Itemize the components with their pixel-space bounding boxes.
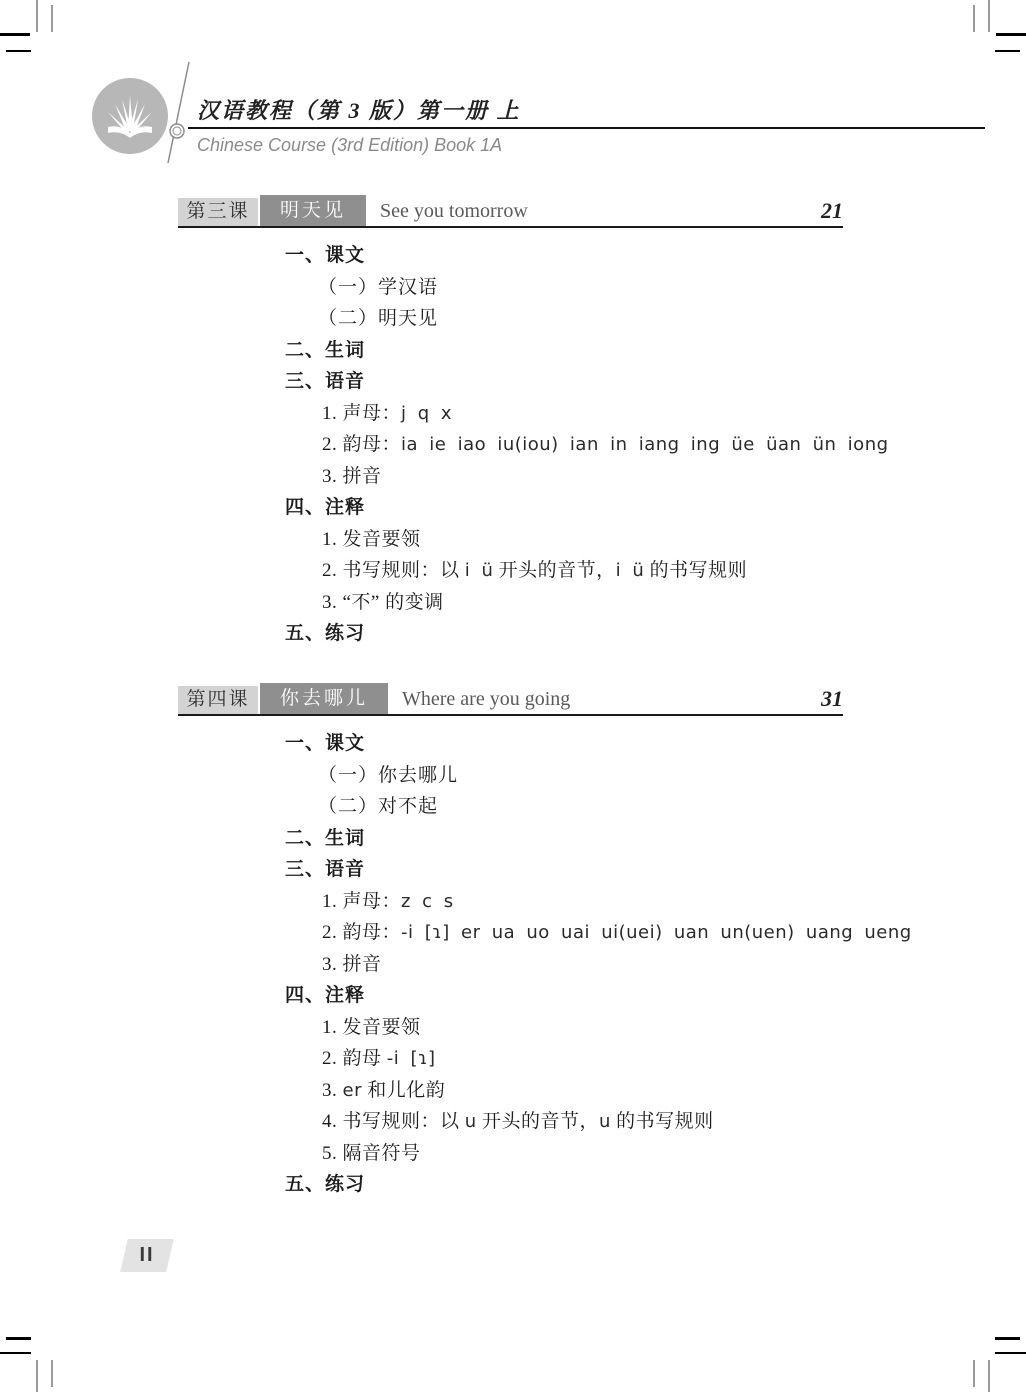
- lesson-3-section: 第三课 明天见 See you tomorrow 21 一、课文（一）学汉语（二…: [178, 193, 843, 650]
- cjk-text: （一）学汉语: [318, 277, 438, 298]
- book-title-english: Chinese Course (3rd Edition) Book 1A: [197, 135, 502, 156]
- cjk-text: 五、练习: [285, 1174, 365, 1195]
- cjk-text: 一、课文: [285, 245, 365, 266]
- cjk-text: （二）对不起: [318, 796, 438, 817]
- pinyin-text: ia ie iao iu(iou) ian in iang ing üe üan…: [401, 434, 889, 455]
- crop-mark: [51, 1360, 53, 1387]
- crop-mark: [0, 33, 30, 36]
- crop-mark: [0, 1352, 31, 1354]
- cjk-text: 2. 韵母: [322, 1048, 387, 1069]
- pinyin-text: i ü: [616, 560, 645, 581]
- cjk-text: 2. 书写规则：以: [322, 560, 465, 581]
- toc-item: （一）你去哪儿: [318, 760, 843, 792]
- cjk-text: 三、语音: [285, 371, 365, 392]
- lesson-3-items: 一、课文（一）学汉语（二）明天见二、生词三、语音1. 声母：j q x2. 韵母…: [178, 240, 843, 650]
- cjk-text: 四、注释: [285, 985, 365, 1006]
- toc-item: 3. 拼音: [322, 949, 843, 981]
- toc-page: 汉语教程（第 3 版）第一册 上 Chinese Course (3rd Edi…: [0, 0, 1026, 1400]
- toc-item: 2. 韵母 -i [ɿ]: [322, 1043, 843, 1075]
- cjk-text: 三、语音: [285, 859, 365, 880]
- toc-item: 2. 韵母：-i [ɿ] er ua uo uai ui(uei) uan un…: [322, 917, 843, 949]
- cjk-text: 二、生词: [285, 828, 365, 849]
- toc-item: （一）学汉语: [318, 272, 843, 304]
- lesson-title-cn: 你去哪儿: [260, 683, 388, 714]
- lesson-title-en: Where are you going: [402, 688, 570, 714]
- cjk-text: 的书写规则: [644, 560, 747, 581]
- cjk-text: 5. 隔音符号: [322, 1143, 421, 1164]
- cjk-text: 开头的音节，: [477, 1111, 599, 1132]
- cjk-text: 五、练习: [285, 623, 365, 644]
- cjk-text: 和儿化韵: [362, 1080, 445, 1101]
- pinyin-text: u: [599, 1111, 611, 1132]
- crop-mark: [995, 1337, 1020, 1340]
- lesson-title-en: See you tomorrow: [380, 200, 528, 226]
- lesson-4-items: 一、课文（一）你去哪儿（二）对不起二、生词三、语音1. 声母：z c s2. 韵…: [178, 728, 843, 1201]
- toc-item: （二）明天见: [318, 303, 843, 335]
- cjk-text: 2. 韵母：: [322, 434, 401, 455]
- cjk-text: 四、注释: [285, 497, 365, 518]
- lesson-page-number: 31: [821, 686, 843, 714]
- folio-box: II: [124, 1239, 170, 1272]
- cjk-text: （一）你去哪儿: [318, 765, 458, 786]
- book-title-chinese: 汉语教程（第 3 版）第一册 上: [197, 94, 521, 125]
- cjk-text: 3. “不” 的变调: [322, 592, 444, 613]
- toc-item: 2. 书写规则：以 i ü 开头的音节，i ü 的书写规则: [322, 555, 843, 587]
- toc-item: 3. “不” 的变调: [322, 587, 843, 619]
- cjk-text: 2. 韵母：: [322, 922, 401, 943]
- toc-item: 四、注释: [285, 492, 843, 524]
- cjk-text: 3. 拼音: [322, 954, 382, 975]
- pinyin-text: -i [ɿ] er ua uo uai ui(uei) uan un(uen) …: [401, 922, 912, 943]
- pinyin-text: -i [ɿ]: [387, 1048, 436, 1069]
- toc-item: 2. 韵母：ia ie iao iu(iou) ian in iang ing …: [322, 429, 843, 461]
- crop-mark: [51, 5, 53, 32]
- toc-item: 五、练习: [285, 618, 843, 650]
- cjk-text: 1. 声母：: [322, 403, 401, 424]
- toc-item: 3. 拼音: [322, 461, 843, 493]
- cjk-text: 3.: [322, 1080, 343, 1101]
- lesson-4-header: 第四课 你去哪儿 Where are you going 31: [178, 681, 843, 716]
- crop-mark: [36, 0, 38, 32]
- toc-item: 五、练习: [285, 1169, 843, 1201]
- toc-item: 二、生词: [285, 335, 843, 367]
- lesson-title-cn: 明天见: [260, 195, 366, 226]
- toc-item: 二、生词: [285, 823, 843, 855]
- cjk-text: 的书写规则: [611, 1111, 714, 1132]
- pinyin-text: j q x: [401, 403, 452, 424]
- crop-mark: [6, 1337, 31, 1340]
- toc-item: 四、注释: [285, 980, 843, 1012]
- toc-item: 4. 书写规则：以 u 开头的音节，u 的书写规则: [322, 1106, 843, 1138]
- toc-item: 1. 发音要领: [322, 1012, 843, 1044]
- toc-item: 5. 隔音符号: [322, 1138, 843, 1170]
- toc-item: 1. 声母：z c s: [322, 886, 843, 918]
- crop-mark: [995, 1352, 1026, 1354]
- cjk-text: 二、生词: [285, 340, 365, 361]
- lesson-number-badge: 第三课: [178, 198, 258, 226]
- pinyin-text: u: [465, 1111, 477, 1132]
- crop-mark: [973, 1360, 975, 1387]
- crop-mark: [6, 50, 31, 52]
- pinyin-text: z c s: [401, 891, 454, 912]
- crop-mark: [996, 33, 1026, 36]
- crop-mark: [988, 0, 990, 32]
- cjk-text: 1. 发音要领: [322, 529, 421, 550]
- folio-page-number: II: [124, 1239, 170, 1272]
- toc-item: 三、语音: [285, 854, 843, 886]
- cjk-text: （二）明天见: [318, 308, 438, 329]
- crop-mark: [995, 50, 1020, 52]
- toc-item: 1. 发音要领: [322, 524, 843, 556]
- cjk-text: 3. 拼音: [322, 466, 382, 487]
- cjk-text: 一、课文: [285, 733, 365, 754]
- lesson-page-number: 21: [821, 198, 843, 226]
- toc-item: 3. er 和儿化韵: [322, 1075, 843, 1107]
- toc-item: 一、课文: [285, 240, 843, 272]
- cjk-text: 1. 声母：: [322, 891, 401, 912]
- lesson-4-section: 第四课 你去哪儿 Where are you going 31 一、课文（一）你…: [178, 681, 843, 1201]
- crop-mark: [973, 5, 975, 32]
- cjk-text: 1. 发音要领: [322, 1017, 421, 1038]
- toc-item: 一、课文: [285, 728, 843, 760]
- toc-item: （二）对不起: [318, 791, 843, 823]
- cjk-text: 4. 书写规则：以: [322, 1111, 465, 1132]
- lesson-3-header: 第三课 明天见 See you tomorrow 21: [178, 193, 843, 228]
- cjk-text: 开头的音节，: [493, 560, 615, 581]
- toc-item: 1. 声母：j q x: [322, 398, 843, 430]
- pinyin-text: i ü: [465, 560, 494, 581]
- toc-item: 三、语音: [285, 366, 843, 398]
- crop-mark: [36, 1360, 38, 1392]
- lesson-number-badge: 第四课: [178, 686, 258, 714]
- pinyin-text: er: [343, 1080, 362, 1101]
- crop-mark: [988, 1360, 990, 1392]
- header-rule: [188, 127, 985, 129]
